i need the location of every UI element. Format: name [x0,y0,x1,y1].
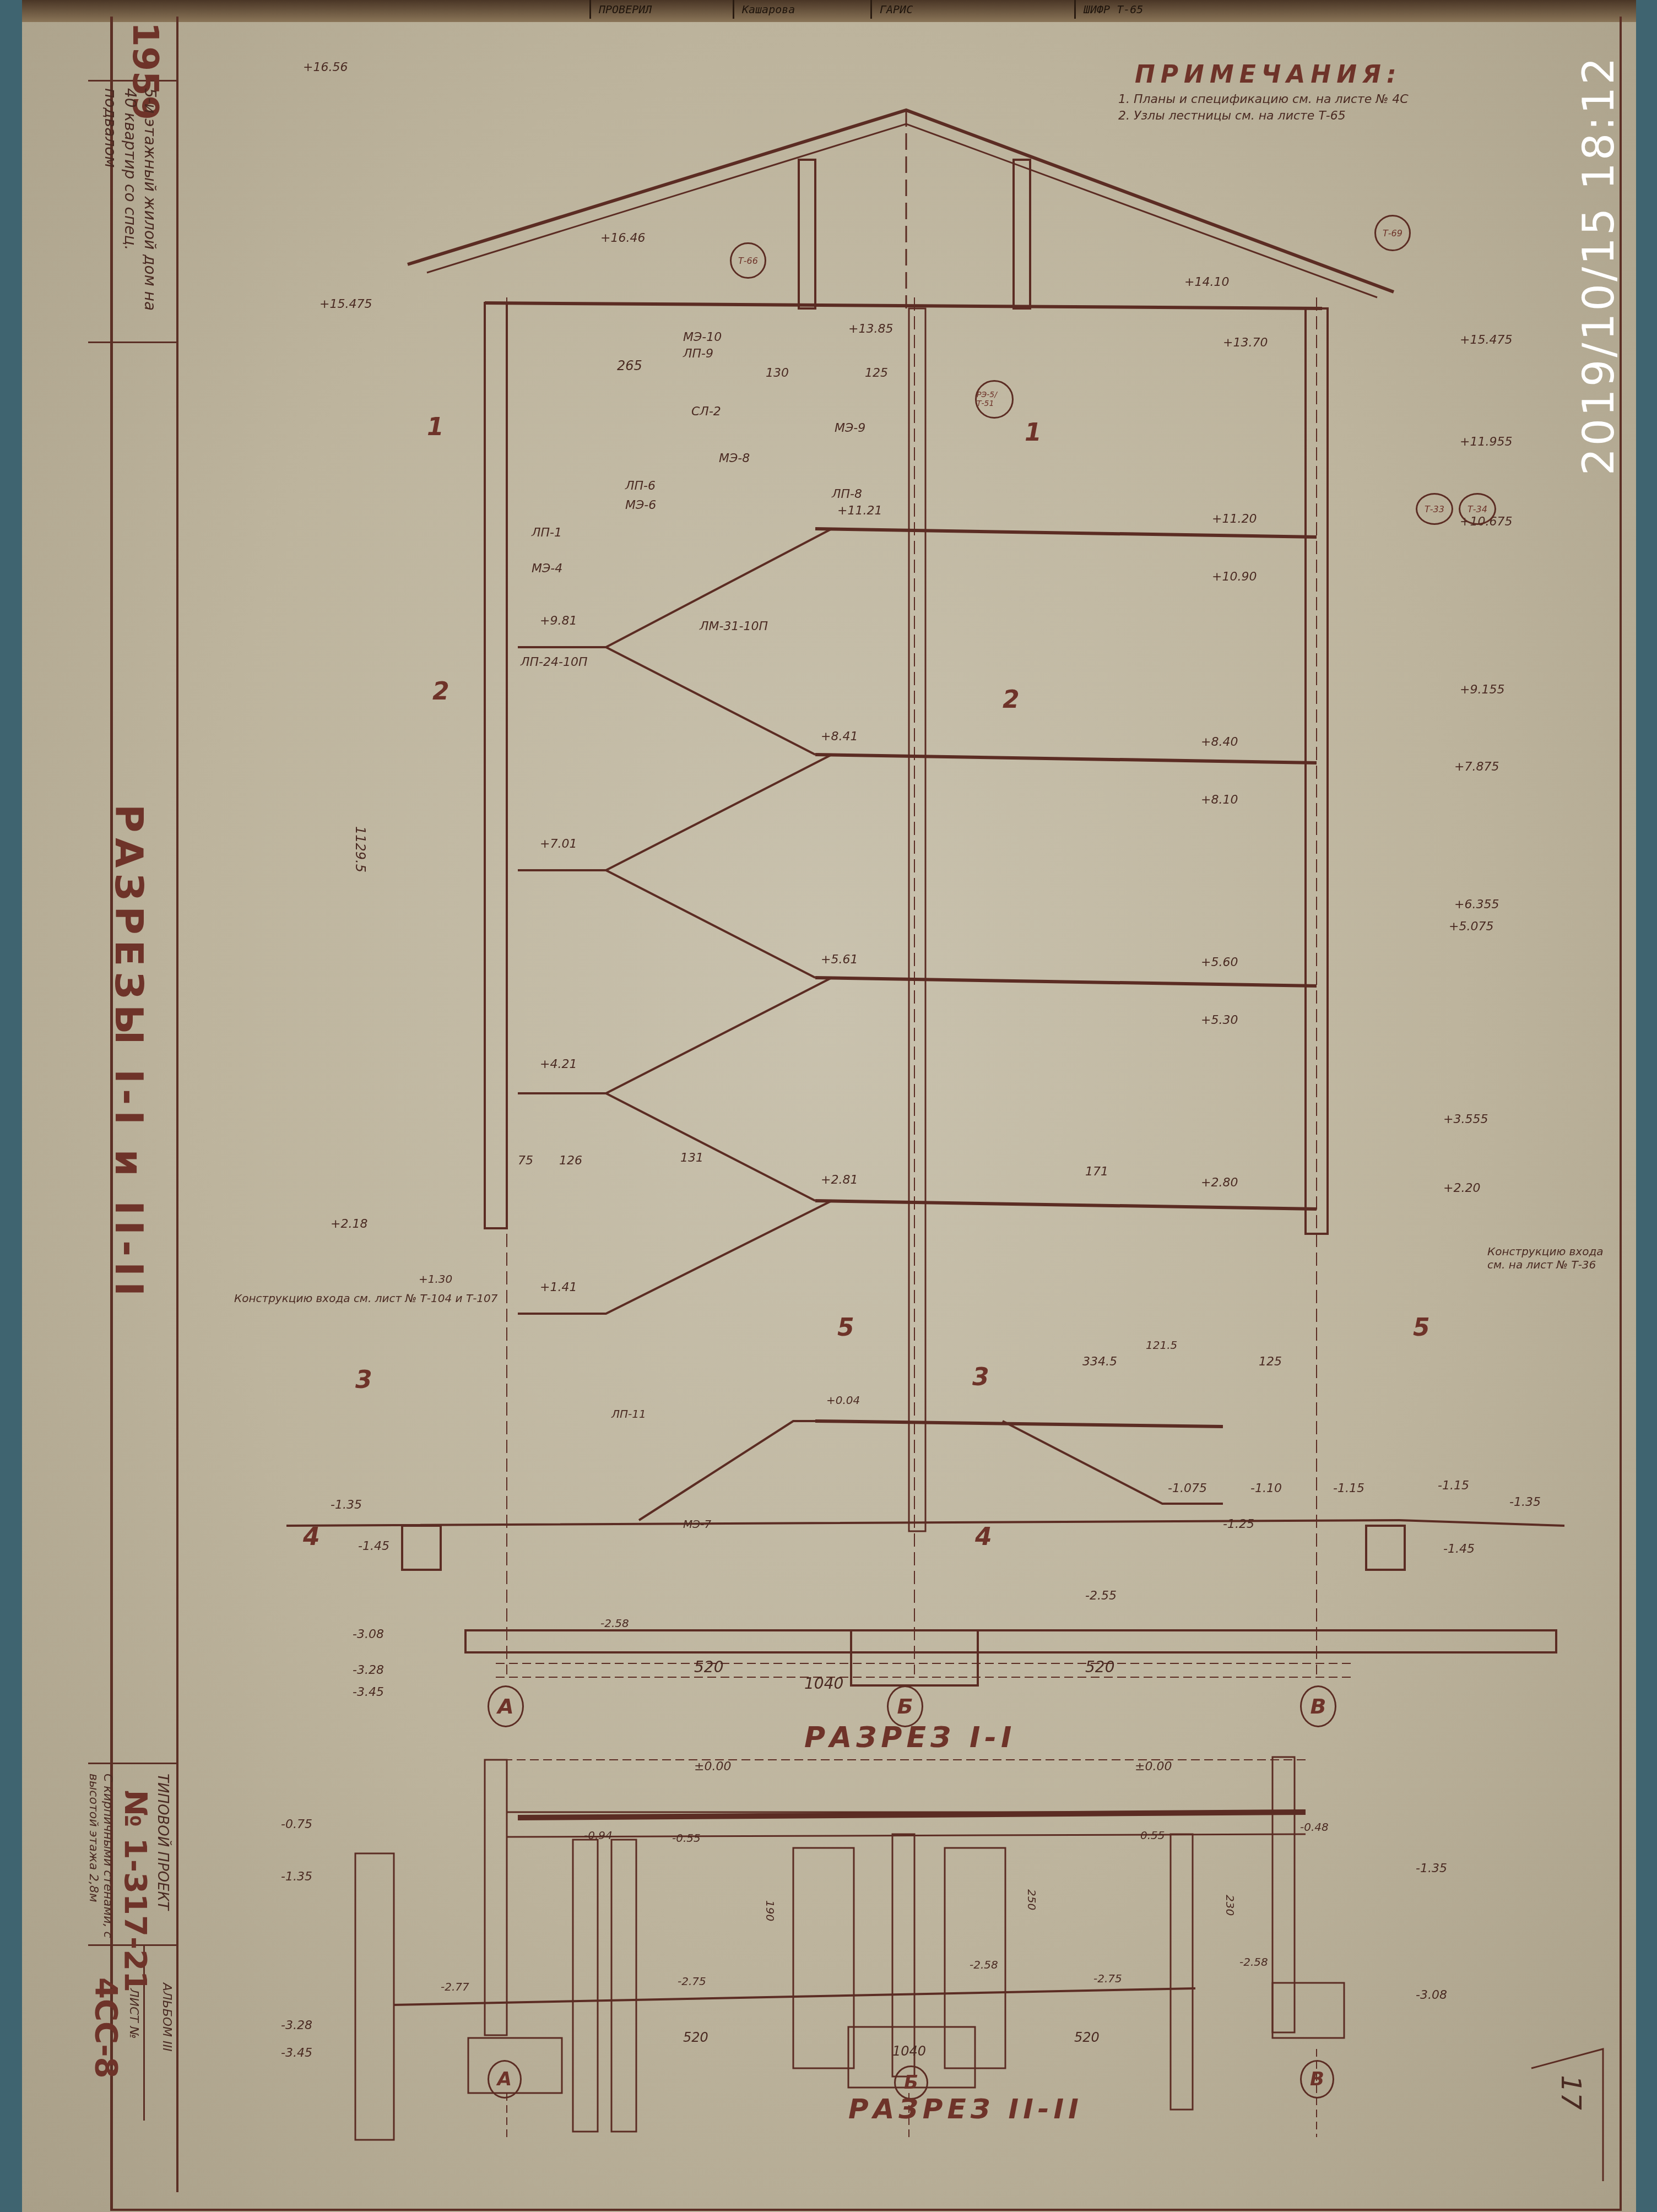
floor-level: +10.90 [1212,570,1257,584]
dimension: 190 [763,1900,777,1921]
floor-level: +8.40 [1201,735,1238,749]
section-mark: 4 [975,1523,992,1551]
section-linework [22,0,1636,2212]
elevation-mark: -2.77 [441,1980,469,1993]
floor-level: +0.04 [826,1394,860,1407]
section-mark: 5 [1413,1314,1430,1342]
elevation-mark: -1.35 [1416,1862,1447,1875]
section-mark: 3 [355,1366,372,1394]
element-mark: ЛП-24-10П [521,655,588,669]
elevation-mark: +1.30 [419,1272,452,1286]
elevation-mark: -3.28 [353,1663,384,1677]
section-mark: 4 [303,1523,320,1551]
elevation-mark: -1.35 [1509,1495,1541,1509]
page-corner-number: 17 [1555,2075,1587,2110]
elevation-mark: 0.55 [1140,1829,1165,1842]
elevation-mark: +11.955 [1460,435,1512,449]
floor-level: +2.80 [1201,1176,1238,1190]
elevation-mark: -2.75 [678,1975,706,1988]
floor-level: -1.15 [1333,1482,1364,1495]
elevation-mark: +2.18 [331,1217,367,1231]
elevation-mark: +16.56 [303,61,348,74]
elevation-mark: -1.45 [1443,1542,1475,1556]
callout-right: Конструкцию входа см. на лист № Т-36 [1487,1245,1609,1271]
section-mark: 2 [432,677,450,706]
node-ref: Т-66 [730,242,766,279]
dimension: 265 [617,358,642,373]
floor-level: +11.21 [837,504,882,518]
elevation-mark: -2.75 [1093,1972,1122,1985]
element-mark: МЭ-4 [532,562,562,576]
elevation-mark: +5.075 [1449,920,1493,934]
dimension: 125 [865,366,888,380]
elevation-mark: +6.355 [1454,898,1499,912]
elevation-mark: -1.35 [281,1870,312,1884]
section-mark: 3 [972,1363,989,1391]
elevation-mark: +3.555 [1443,1113,1488,1126]
dimension: 334.5 [1082,1355,1117,1369]
floor-level: -2.58 [600,1617,629,1630]
span-dimension: 520 [1074,2030,1100,2045]
dimension: 125 [1259,1355,1282,1369]
elevation-mark: -3.08 [353,1628,384,1641]
floor-level: +5.61 [821,953,858,967]
element-mark: ЛП-9 [683,347,713,361]
elevation-mark: +7.875 [1454,760,1499,774]
node-ref: РЭ-5/Т-51 [975,380,1014,419]
element-mark: ЛП-8 [832,487,862,501]
floor-level: -1.10 [1250,1482,1282,1495]
element-mark: МЭ-10 [683,330,722,344]
floor-level: +5.30 [1201,1013,1238,1027]
elevation-mark: -2.58 [970,1958,998,1971]
axis-bubble-v: В [1300,2060,1334,2099]
floor-level: +13.85 [848,322,893,336]
element-mark: МЭ-9 [835,421,865,435]
element-mark: СЛ-2 [691,405,721,419]
dimension: 75 [518,1154,533,1168]
dimension: 130 [766,366,789,380]
total-span-dimension: 1040 [804,1674,843,1693]
element-mark: ЛП-1 [532,526,562,540]
elevation-mark: ±0.00 [694,1760,731,1774]
section-mark: 2 [1003,686,1020,714]
elevation-mark: +2.20 [1443,1181,1480,1195]
floor-level: +7.01 [540,837,577,851]
element-mark: ЛП-6 [625,479,656,493]
elevation-mark: -0.94 [584,1829,613,1842]
floor-level: +1.41 [540,1281,577,1294]
axis-bubble-a: А [488,1685,524,1727]
elevation-mark: -0.48 [1300,1820,1329,1834]
drawing-sheet: ПРОВЕРИЛ Кашарова ГАРИС ШИФР Т-65 1959 5… [22,0,1636,2212]
photo-timestamp: 2019/10/15 18:12 [1574,55,1624,475]
node-ref: Т-69 [1374,215,1411,251]
section-mark: 1 [1025,419,1042,447]
elevation-mark: +16.46 [600,231,645,245]
elevation-mark: -3.45 [353,1685,384,1699]
elevation-mark: -3.45 [281,2046,312,2060]
node-ref: Т-34 [1459,493,1496,525]
overall-height-dimension: 1129.5 [353,826,368,872]
elevation-mark: -1.15 [1438,1479,1469,1493]
element-mark: ЛМ-31-10П [700,620,768,633]
section-2-title: РАЗРЕЗ II-II [848,2093,1083,2125]
elevation-mark: +15.475 [320,297,372,311]
floor-level: -2.55 [1085,1589,1117,1603]
elevation-mark: -3.28 [281,2019,312,2032]
elevation-mark: -3.08 [1416,1988,1447,2002]
floor-level: +5.60 [1201,956,1238,969]
span-dimension: 520 [683,2030,708,2045]
floor-level: +14.10 [1184,275,1229,289]
elevation-mark: +9.155 [1460,683,1504,697]
dimension: 230 [1223,1895,1237,1916]
dimension: 171 [1085,1165,1108,1179]
callout-left: Конструкцию входа см. лист № Т-104 и Т-1… [234,1292,498,1305]
elevation-mark: ±0.00 [1135,1760,1172,1774]
section-1-title: РАЗРЕЗ I-I [804,1721,1016,1754]
elevation-mark: -1.45 [358,1539,389,1553]
dimension: 121.5 [1146,1338,1177,1352]
floor-level: +11.20 [1212,512,1257,526]
elevation-mark: -0.55 [672,1831,701,1845]
elevation-mark: +15.475 [1460,333,1512,347]
axis-bubble-a: А [488,2060,522,2099]
element-mark: МЭ-7 [683,1517,711,1531]
floor-level: +2.81 [821,1173,858,1187]
total-span-dimension: 1040 [892,2043,926,2059]
span-dimension: 520 [1085,1658,1114,1676]
elevation-mark: -0.75 [281,1818,312,1831]
dimension: 250 [1025,1889,1038,1910]
floor-level: +8.41 [821,730,858,744]
section-mark: 1 [427,413,444,441]
axis-bubble-v: В [1300,1685,1336,1727]
span-dimension: 520 [694,1658,723,1676]
floor-level: +4.21 [540,1058,577,1071]
element-mark: МЭ-8 [719,452,750,465]
dimension: 126 [559,1154,582,1168]
section-mark: 5 [837,1314,854,1342]
floor-level: +9.81 [540,614,577,628]
floor-level: +13.70 [1223,336,1268,350]
floor-level: +8.10 [1201,793,1238,807]
floor-level: -1.25 [1223,1517,1254,1531]
element-mark: ЛП-11 [611,1407,646,1421]
floor-level: -1.075 [1168,1482,1207,1495]
elevation-mark: -1.35 [331,1498,362,1512]
node-ref: Т-33 [1416,493,1453,525]
elevation-mark: -2.58 [1239,1955,1268,1969]
element-mark: МЭ-6 [625,498,656,512]
dimension: 131 [680,1151,703,1165]
